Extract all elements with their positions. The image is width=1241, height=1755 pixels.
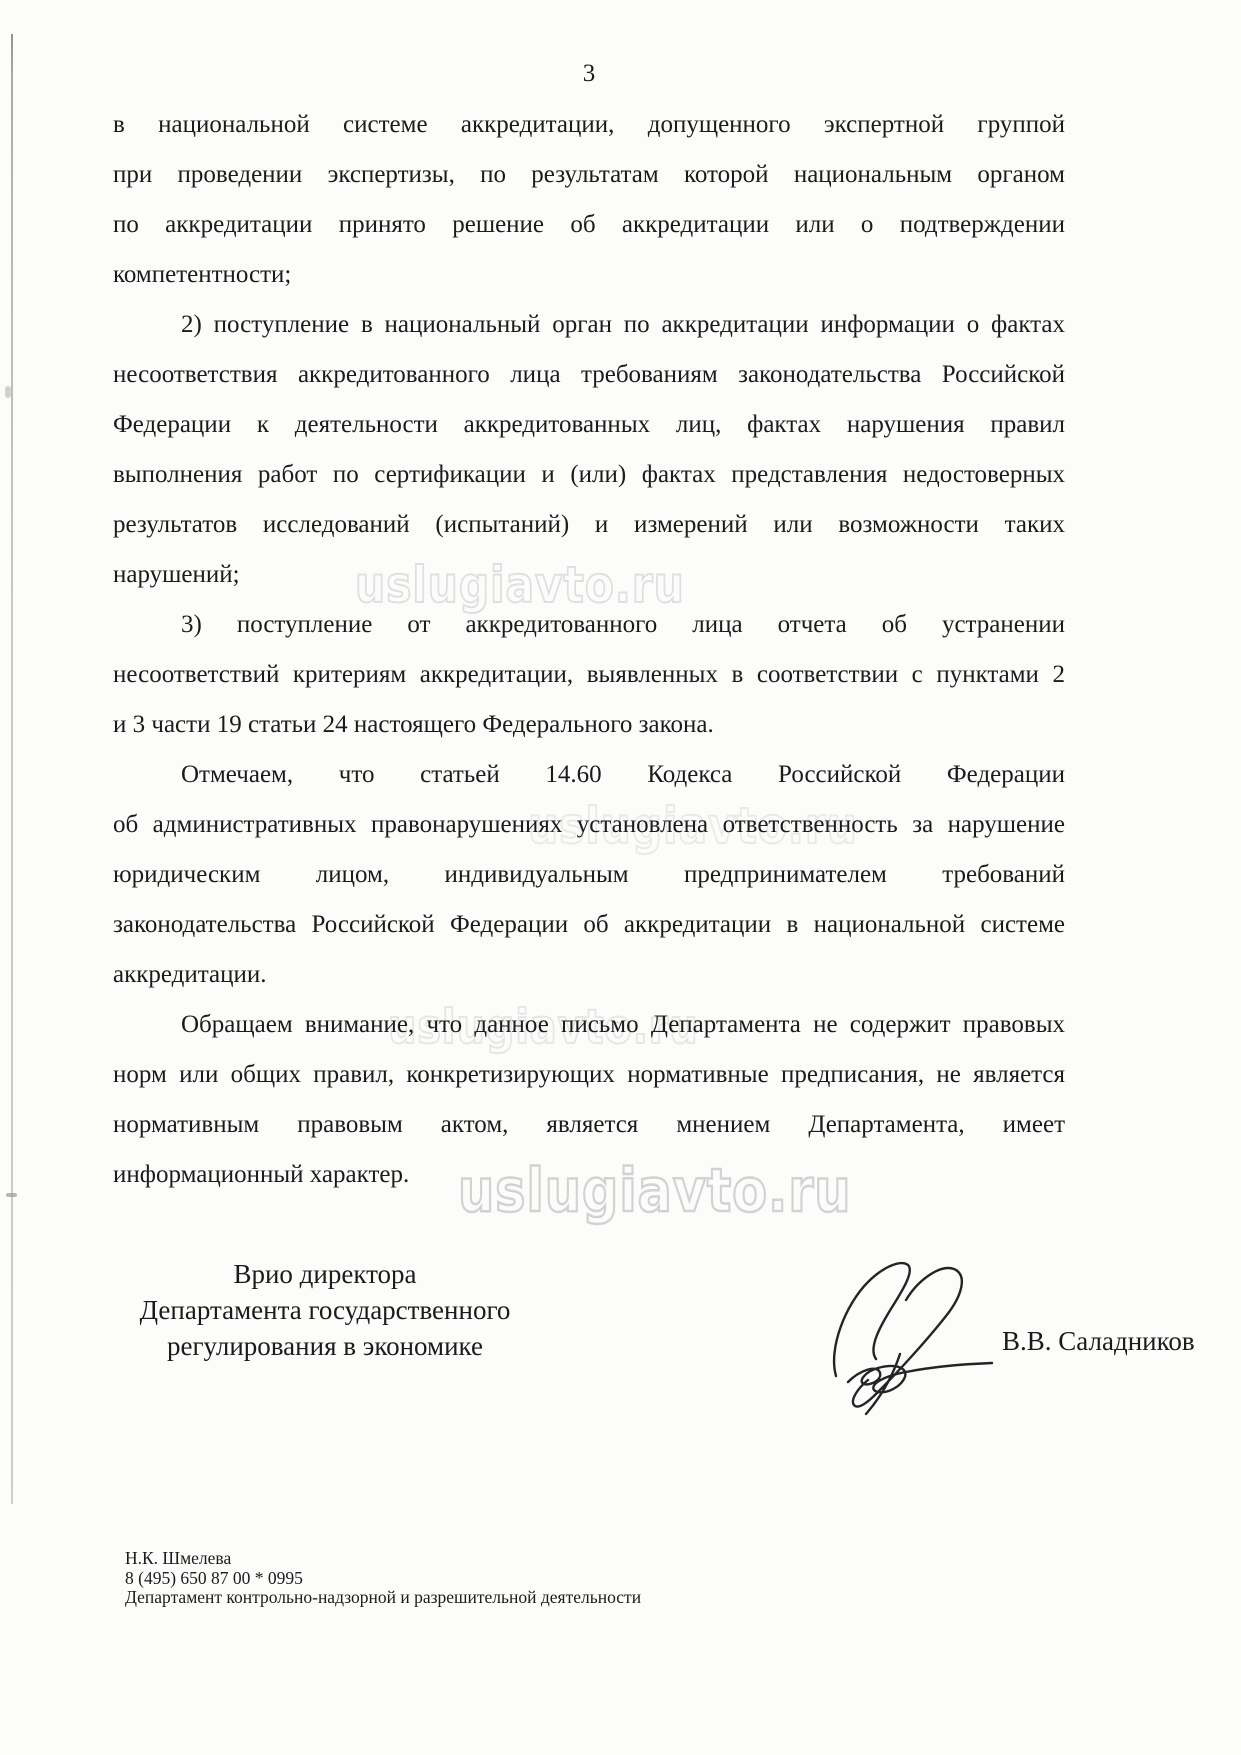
signer-name: В.В. Саладников <box>1002 1326 1195 1357</box>
body-line: выполнения работ по сертификации и (или)… <box>113 450 1065 500</box>
body-line: норм или общих правил, конкретизирующих … <box>113 1050 1065 1100</box>
body-line: нарушений; <box>113 550 1065 600</box>
footer-contact-name: Н.К. Шмелева <box>125 1549 641 1569</box>
footer-phone: 8 (495) 650 87 00 * 0995 <box>125 1569 641 1589</box>
body-line: юридическим лицом, индивидуальным предпр… <box>113 850 1065 900</box>
body-line: информационный характер. <box>113 1150 1065 1200</box>
page-number: 3 <box>113 60 1065 88</box>
body-line: 2) поступление в национальный орган по а… <box>113 300 1065 350</box>
body-line: аккредитации. <box>113 950 1065 1000</box>
body-line: в национальной системе аккредитации, доп… <box>113 100 1065 150</box>
body-line: нормативным правовым актом, является мне… <box>113 1100 1065 1150</box>
signatory-title: Врио директора Департамента государствен… <box>110 1256 540 1364</box>
body-line: несоответствия аккредитованного лица тре… <box>113 350 1065 400</box>
body-line: 3) поступление от аккредитованного лица … <box>113 600 1065 650</box>
body-line: Федерации к деятельности аккредитованных… <box>113 400 1065 450</box>
body-line: и 3 части 19 статьи 24 настоящего Федера… <box>113 700 1065 750</box>
body-line: компетентности; <box>113 250 1065 300</box>
scan-artifact-speck <box>6 1193 17 1197</box>
letter-body: в национальной системе аккредитации, доп… <box>113 100 1065 1200</box>
signatory-title-line: Департамента государственного <box>110 1292 540 1328</box>
handwritten-signature-icon <box>820 1256 1000 1416</box>
body-line: результатов исследований (испытаний) и и… <box>113 500 1065 550</box>
body-line: законодательства Российской Федерации об… <box>113 900 1065 950</box>
body-line: об административных правонарушениях уста… <box>113 800 1065 850</box>
body-line: несоответствий критериям аккредитации, в… <box>113 650 1065 700</box>
body-line: Обращаем внимание, что данное письмо Деп… <box>113 1000 1065 1050</box>
body-line: при проведении экспертизы, по результата… <box>113 150 1065 200</box>
signatory-title-line: регулирования в экономике <box>110 1328 540 1364</box>
scan-artifact-speck <box>5 386 11 398</box>
scan-artifact-line <box>11 34 13 1504</box>
signatory-title-line: Врио директора <box>110 1256 540 1292</box>
footer-department: Департамент контрольно-надзорной и разре… <box>125 1588 641 1608</box>
document-page: 3 в национальной системе аккредитации, д… <box>0 0 1241 1755</box>
body-line: Отмечаем, что статьей 14.60 Кодекса Росс… <box>113 750 1065 800</box>
body-line: по аккредитации принято решение об аккре… <box>113 200 1065 250</box>
footer: Н.К. Шмелева 8 (495) 650 87 00 * 0995 Де… <box>125 1549 641 1608</box>
